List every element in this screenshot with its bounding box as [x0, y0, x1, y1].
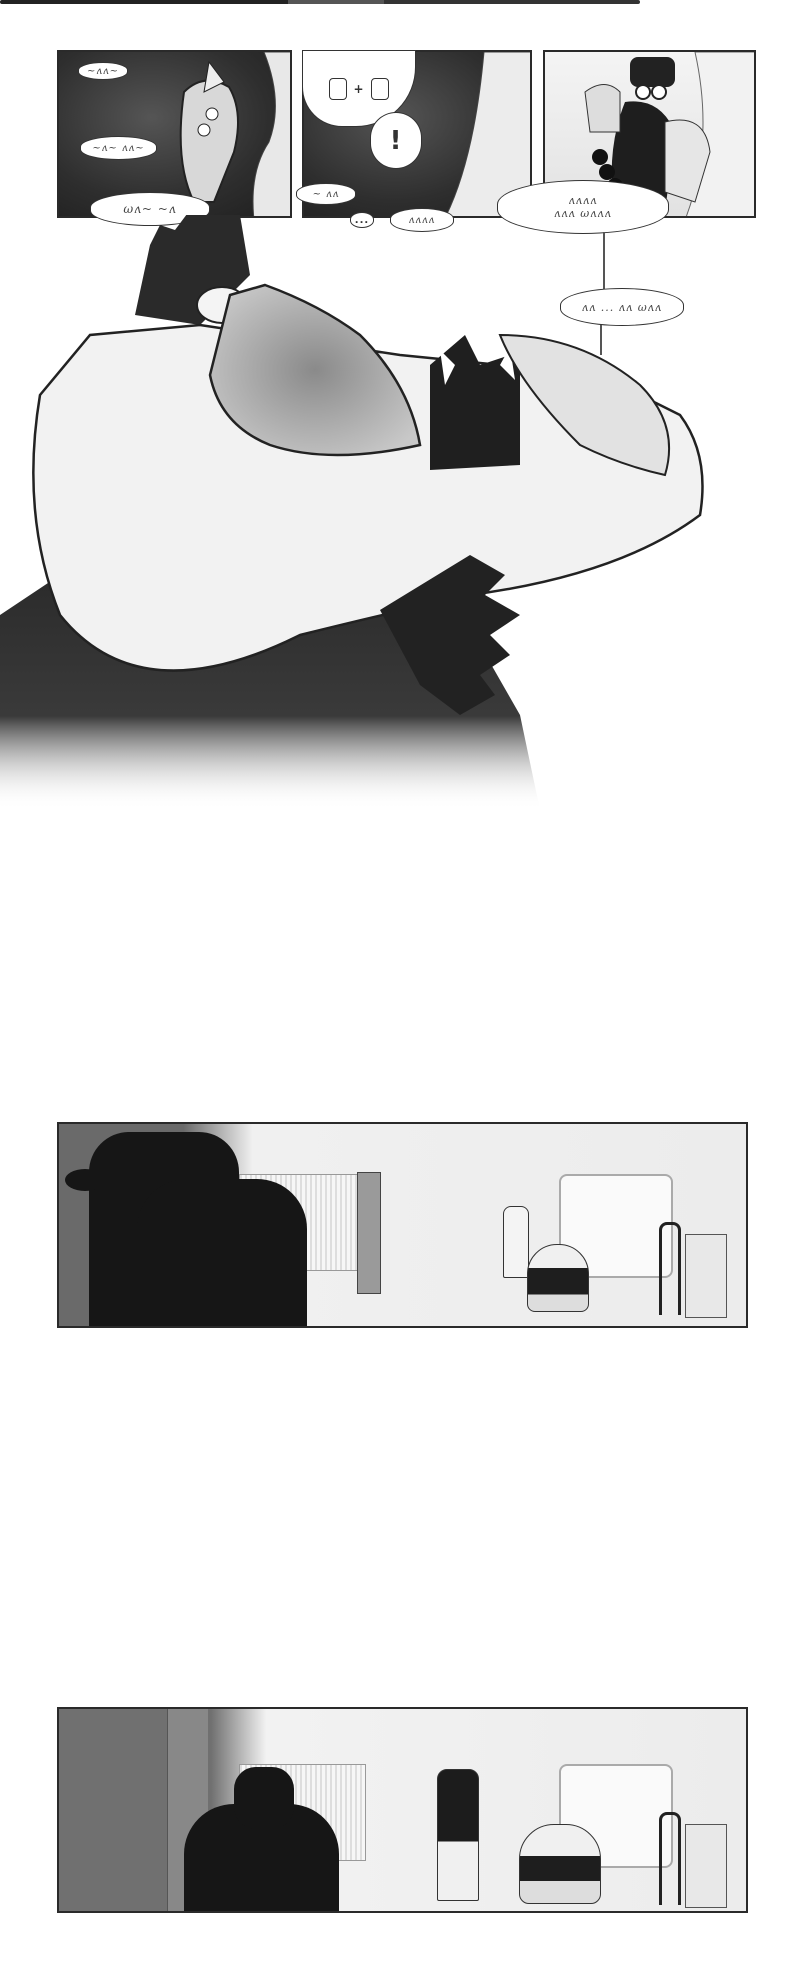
bubble-p1-b: ~ʌ~ ʌʌ~: [80, 136, 157, 160]
plus-glyph: +: [353, 82, 364, 96]
silhouette-bow: [65, 1169, 105, 1191]
room-panel-2: [57, 1707, 748, 1913]
bubble-p3-line-1: ʌʌʌʌ: [569, 194, 598, 207]
face-icon-glasses: [371, 78, 389, 100]
bandana-face: [210, 285, 420, 455]
silhouette-head: [234, 1767, 294, 1829]
hug-panel: [0, 215, 806, 810]
bed-frame: [659, 1222, 681, 1315]
kneeling-group: [519, 1824, 601, 1904]
dresser: [685, 1824, 727, 1908]
silhouette-figure-front: [137, 1179, 307, 1328]
walking-figure: [437, 1769, 479, 1901]
bubble-hug-thought: ʌʌ ... ʌʌ ωʌʌ: [560, 288, 684, 326]
hug-illustration: [0, 215, 806, 810]
bubble-p2-a: ~ ʌʌ: [296, 183, 356, 205]
standing-figure: [503, 1206, 529, 1278]
dresser: [685, 1234, 727, 1318]
top-border-line: [0, 0, 640, 4]
training-dummy: [357, 1172, 381, 1294]
room-panel-1: [57, 1122, 748, 1328]
bed-frame: [659, 1812, 681, 1905]
bubble-hug-tail: [600, 325, 602, 355]
speech-bubble-exclaim: !: [370, 112, 422, 169]
kneeling-figure: [527, 1244, 589, 1312]
face-icon-bandana: [329, 78, 347, 100]
bubble-p1-a: ~ʌʌ~: [78, 62, 128, 80]
